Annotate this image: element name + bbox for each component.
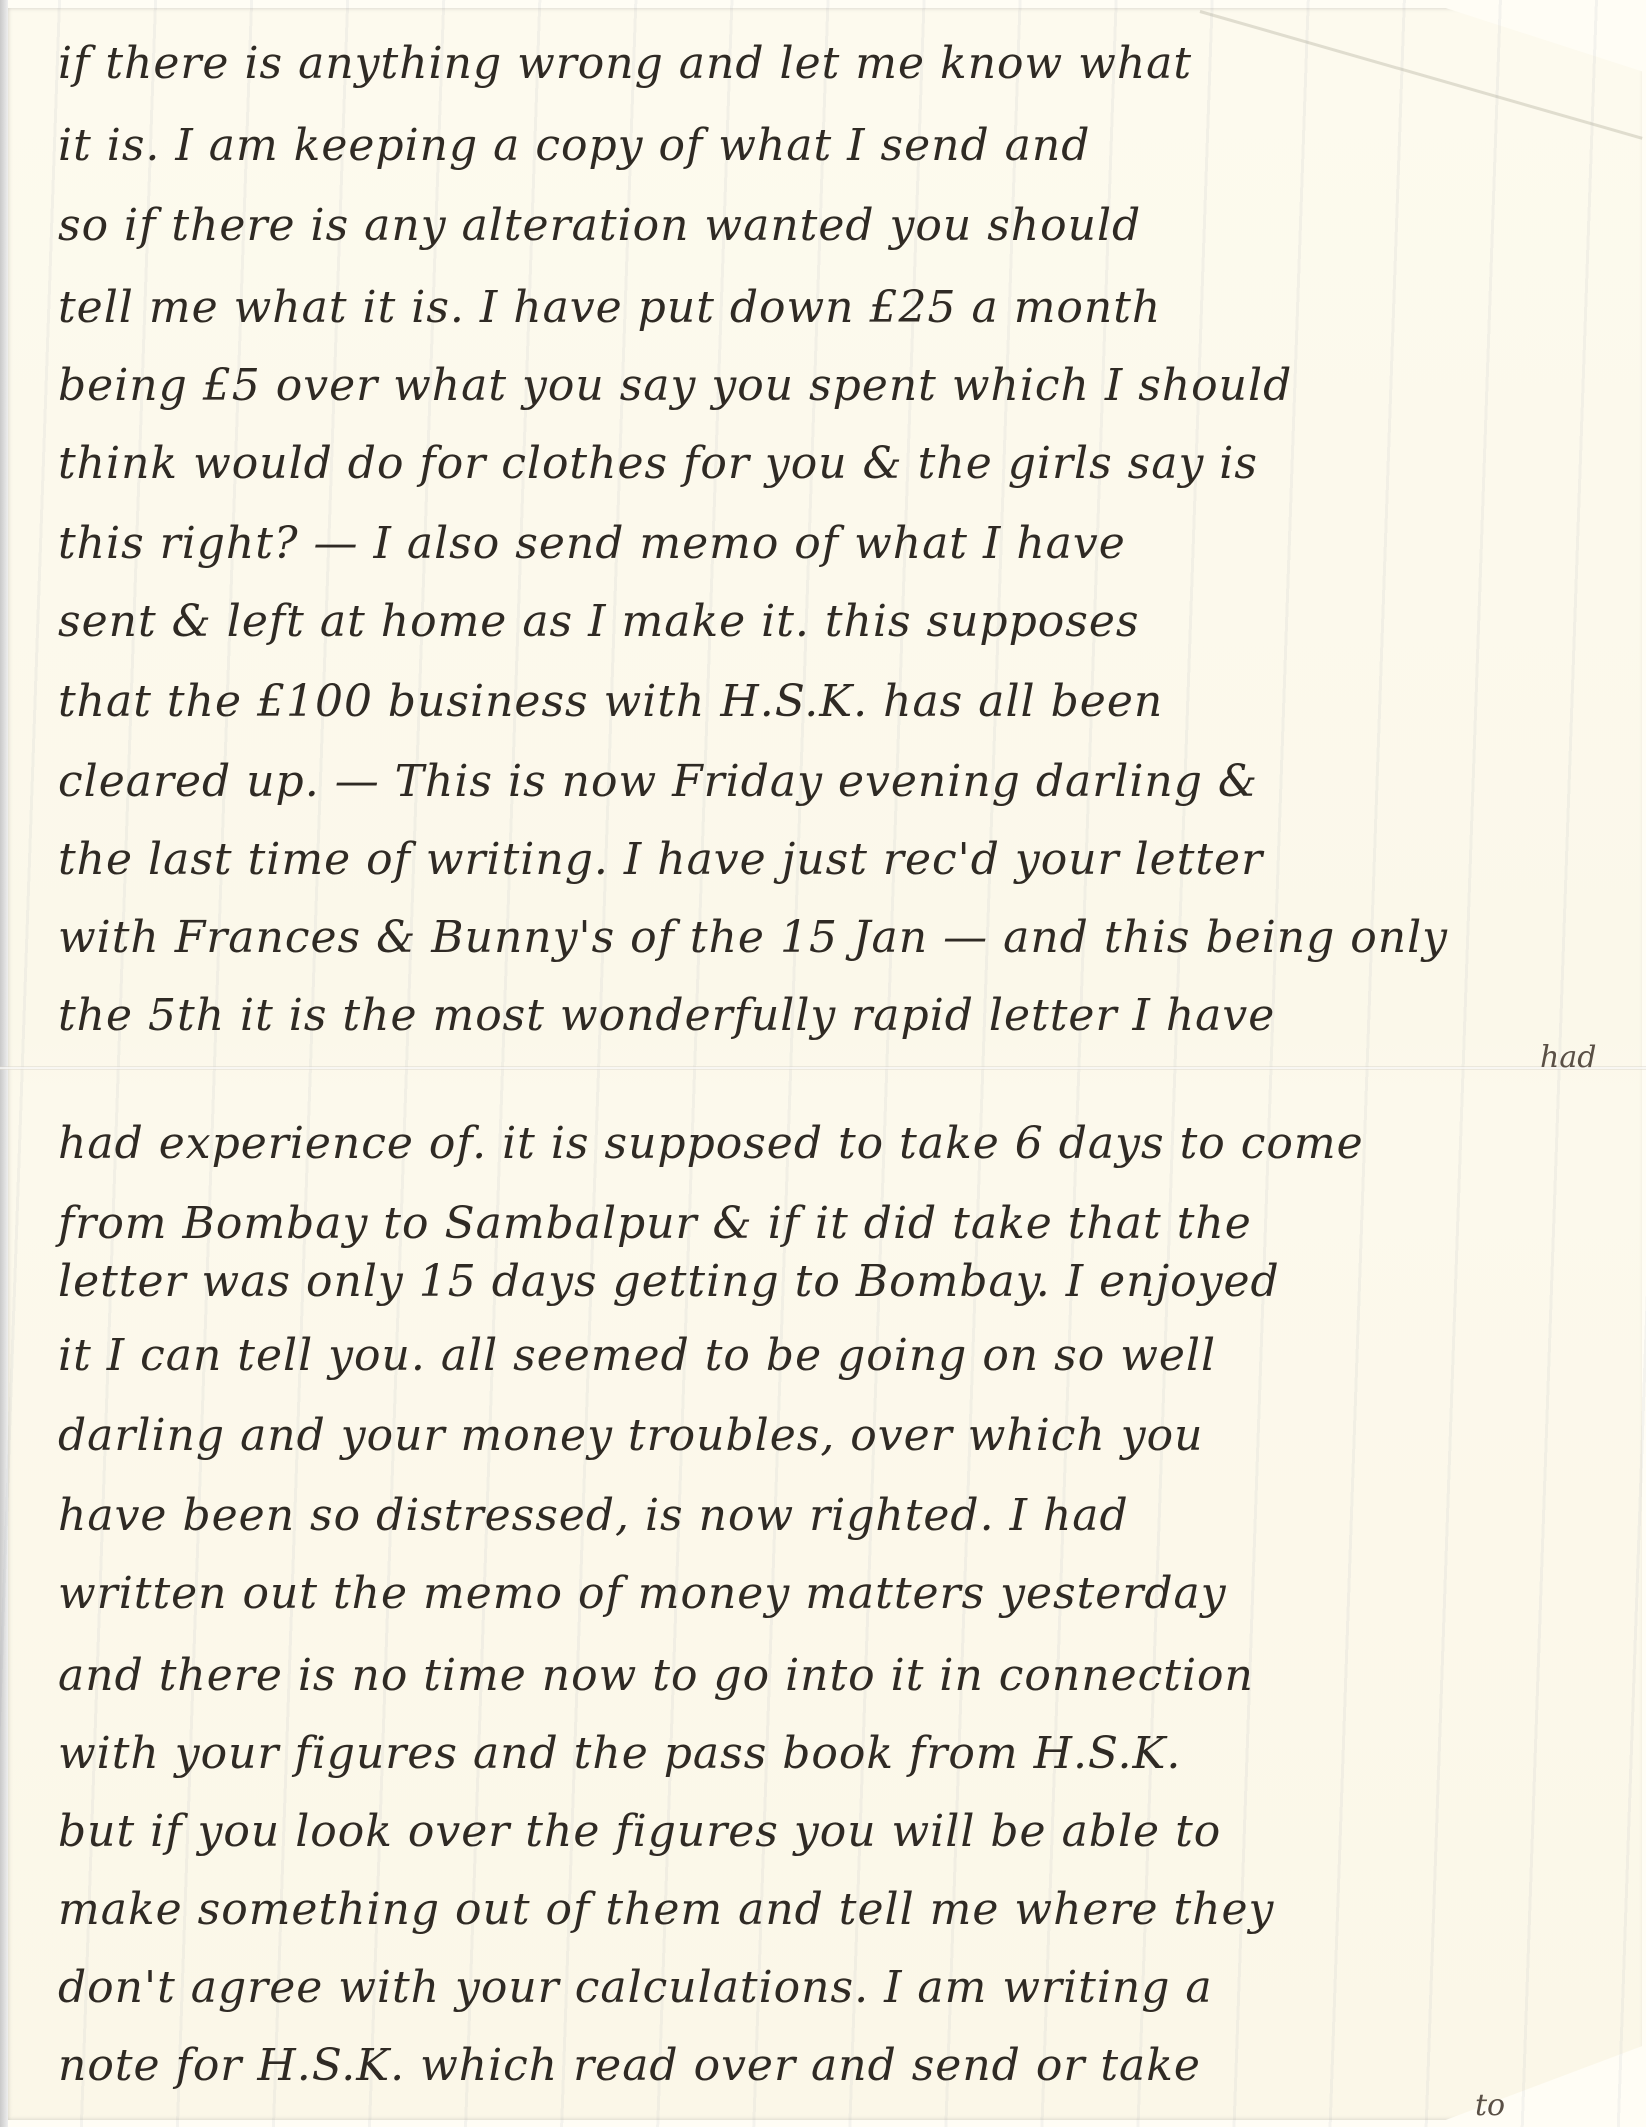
letter-line-1: if there is anything wrong and let me kn… (58, 38, 1618, 89)
letter-line-8: sent & left at home as I make it. this s… (58, 596, 1618, 647)
letter-body: if there is anything wrong and let me kn… (0, 0, 1646, 2127)
letter-line-10: cleared up. — This is now Friday evening… (58, 756, 1618, 807)
letter-line-20: written out the memo of money matters ye… (58, 1568, 1618, 1619)
letter-line-11: the last time of writing. I have just re… (58, 834, 1618, 885)
letter-line-6: think would do for clothes for you & the… (58, 438, 1618, 489)
letter-line-5: being £5 over what you say you spent whi… (58, 360, 1618, 411)
letter-line-2: it is. I am keeping a copy of what I sen… (58, 120, 1618, 171)
letter-line-24: make something out of them and tell me w… (58, 1884, 1618, 1935)
inserted-word-had: had (1540, 1040, 1596, 1075)
letter-line-23: but if you look over the figures you wil… (58, 1806, 1618, 1857)
letter-line-17: it I can tell you. all seemed to be goin… (58, 1330, 1618, 1381)
letter-line-4: tell me what it is. I have put down £25 … (58, 282, 1618, 333)
letter-line-15: from Bombay to Sambalpur & if it did tak… (58, 1198, 1618, 1249)
letter-line-14: had experience of. it is supposed to tak… (58, 1118, 1618, 1169)
letter-line-9: that the £100 business with H.S.K. has a… (58, 676, 1618, 727)
letter-line-16: letter was only 15 days getting to Bomba… (58, 1256, 1618, 1307)
letter-line-25: don't agree with your calculations. I am… (58, 1962, 1618, 2013)
letter-line-12: with Frances & Bunny's of the 15 Jan — a… (58, 912, 1618, 963)
letter-line-26: note for H.S.K. which read over and send… (58, 2040, 1618, 2091)
inserted-word-to: to (1475, 2088, 1505, 2123)
letter-line-7: this right? — I also send memo of what I… (58, 518, 1618, 569)
letter-line-21: and there is no time now to go into it i… (58, 1650, 1618, 1701)
letter-line-13: the 5th it is the most wonderfully rapid… (58, 990, 1618, 1041)
letter-line-18: darling and your money troubles, over wh… (58, 1410, 1618, 1461)
letter-line-3: so if there is any alteration wanted you… (58, 200, 1618, 251)
letter-line-22: with your figures and the pass book from… (58, 1728, 1618, 1779)
letter-line-19: have been so distressed, is now righted.… (58, 1490, 1618, 1541)
